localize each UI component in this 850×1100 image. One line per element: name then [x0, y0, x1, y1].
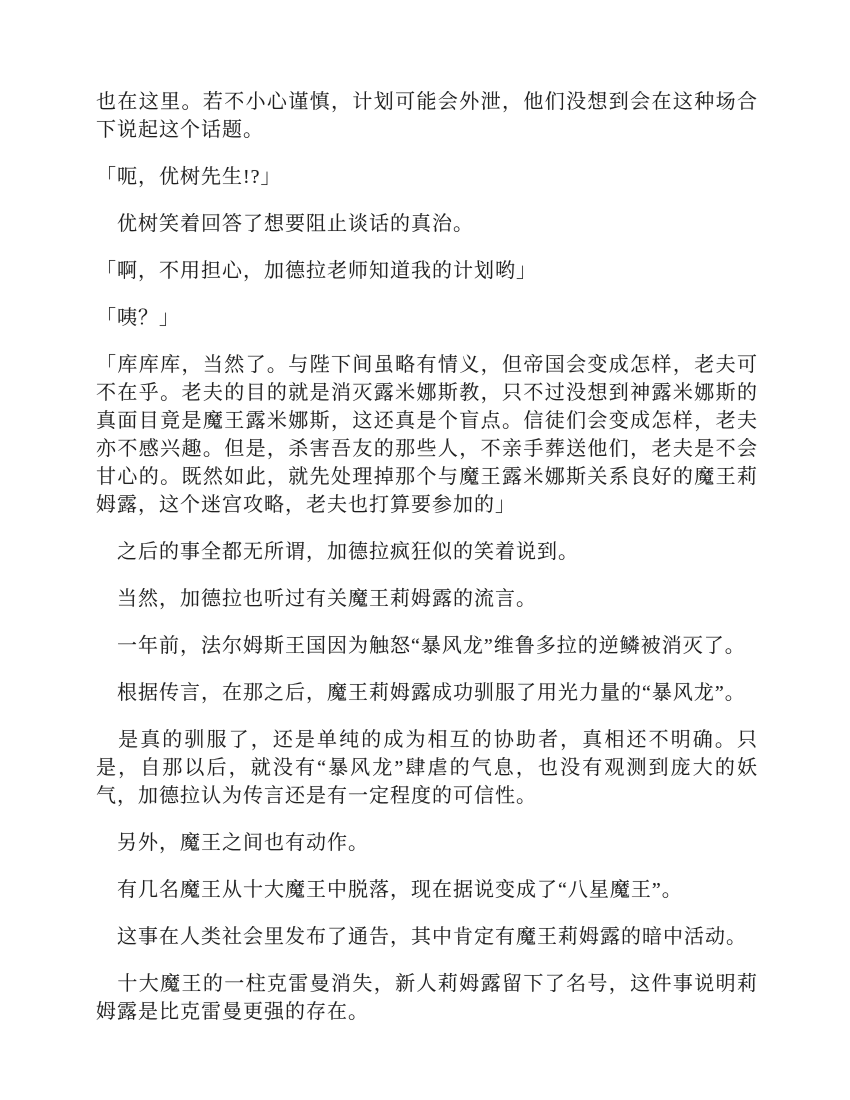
paragraph-dialogue: 「呃，优树先生!?」	[96, 163, 758, 191]
paragraph: 是真的驯服了，还是单纯的成为相互的协助者，真相还不明确。只是，自那以后，就没有“…	[96, 726, 758, 810]
paragraph: 这事在人类社会里发布了通告，其中肯定有魔王莉姆露的暗中活动。	[96, 923, 758, 951]
page: 也在这里。若不小心谨慎，计划可能会外泄，他们没想到会在这种场合下说起这个话题。 …	[0, 0, 850, 1100]
paragraph-dialogue: 「啊，不用担心，加德拉老师知道我的计划哟」	[96, 257, 758, 285]
paragraph: 也在这里。若不小心谨慎，计划可能会外泄，他们没想到会在这种场合下说起这个话题。	[96, 88, 758, 144]
paragraph-dialogue: 「咦？」	[96, 304, 758, 332]
paragraph-dialogue: 「库库库，当然了。与陛下间虽略有情义，但帝国会变成怎样，老夫可不在乎。老夫的目的…	[96, 351, 758, 519]
paragraph: 有几名魔王从十大魔王中脱落，现在据说变成了“八星魔王”。	[96, 876, 758, 904]
paragraph: 十大魔王的一柱克雷曼消失，新人莉姆露留下了名号，这件事说明莉姆露是比克雷曼更强的…	[96, 970, 758, 1026]
paragraph: 另外，魔王之间也有动作。	[96, 829, 758, 857]
paragraph: 优树笑着回答了想要阻止谈话的真治。	[96, 210, 758, 238]
paragraph: 一年前，法尔姆斯王国因为触怒“暴风龙”维鲁多拉的逆鳞被消灭了。	[96, 632, 758, 660]
paragraph: 根据传言，在那之后，魔王莉姆露成功驯服了用光力量的“暴风龙”。	[96, 679, 758, 707]
paragraph: 当然，加德拉也听过有关魔王莉姆露的流言。	[96, 585, 758, 613]
novel-text-content: 也在这里。若不小心谨慎，计划可能会外泄，他们没想到会在这种场合下说起这个话题。 …	[96, 88, 758, 1026]
paragraph: 之后的事全都无所谓，加德拉疯狂似的笑着说到。	[96, 538, 758, 566]
